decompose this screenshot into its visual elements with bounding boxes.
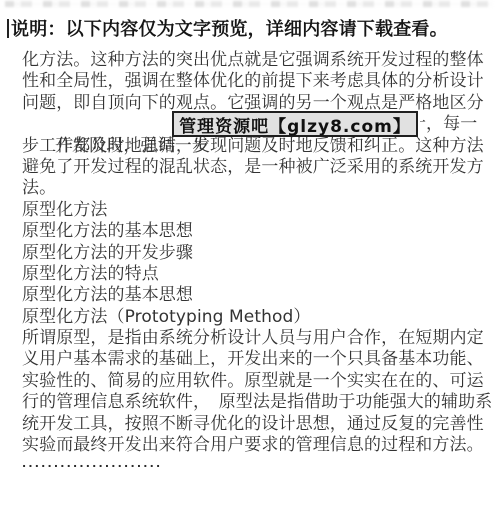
text-caret	[7, 19, 9, 38]
text-line: 原型化方法的开发步骤	[22, 243, 492, 264]
document-preview: 说明：以下内容仅为文字预览，详细内容请下载查看。 化方法。这种方法的突出优点就是…	[0, 0, 500, 519]
text-line: 行的管理信息系统软件， 原型法是指借助于功能强大的辅助系	[22, 392, 492, 413]
text-line: 原型化方法的基本思想	[22, 221, 492, 242]
text-line: 原型化方法的特点	[22, 264, 492, 285]
text-line: 避免了开发过程的混乱状态，是一种被广泛采用的系统开发方	[22, 157, 492, 178]
text-line: 实验而最终开发出来符合用户要求的管理信息的过程和方法。	[22, 435, 492, 456]
text-line: 法。	[22, 178, 492, 199]
top-edge-artifact	[5, 1, 493, 7]
text-segment-right: ，每一	[426, 114, 477, 135]
text-line: 原型化方法	[22, 200, 492, 221]
ellipsis-line: ......................	[22, 459, 492, 469]
preview-notice: 说明：以下内容仅为文字预览，详细内容请下载查看。	[7, 15, 448, 41]
text-line: 原型化方法的基本思想	[22, 285, 492, 306]
watermark-badge: 管理资源吧【glzy8.com】	[172, 111, 418, 137]
text-line: 统开发工具，按照不断寻优化的设计思想，通过反复的完善性	[22, 414, 492, 435]
preview-notice-text: 说明：以下内容仅为文字预览，详细内容请下载查看。	[11, 19, 448, 40]
text-line: 性和全局性，强调在整体优化的前提下来考虑具体的分析设计	[22, 71, 492, 92]
text-line: 所谓原型，是指由系统分析设计人员与用户合作，在短期内定	[22, 328, 492, 349]
text-line: 原型化方法（Prototyping Method）	[22, 307, 492, 328]
text-line: 化方法。这种方法的突出优点就是它强调系统开发过程的整体	[22, 50, 492, 71]
text-line: 义用户基本需求的基础上，开发出来的一个只具备基本功能、	[22, 349, 492, 370]
text-segment-left: 开发阶段，强调一步	[55, 136, 209, 156]
text-line: 实验性的、简易的应用软件。原型就是一个实实在在的、可运	[22, 371, 492, 392]
